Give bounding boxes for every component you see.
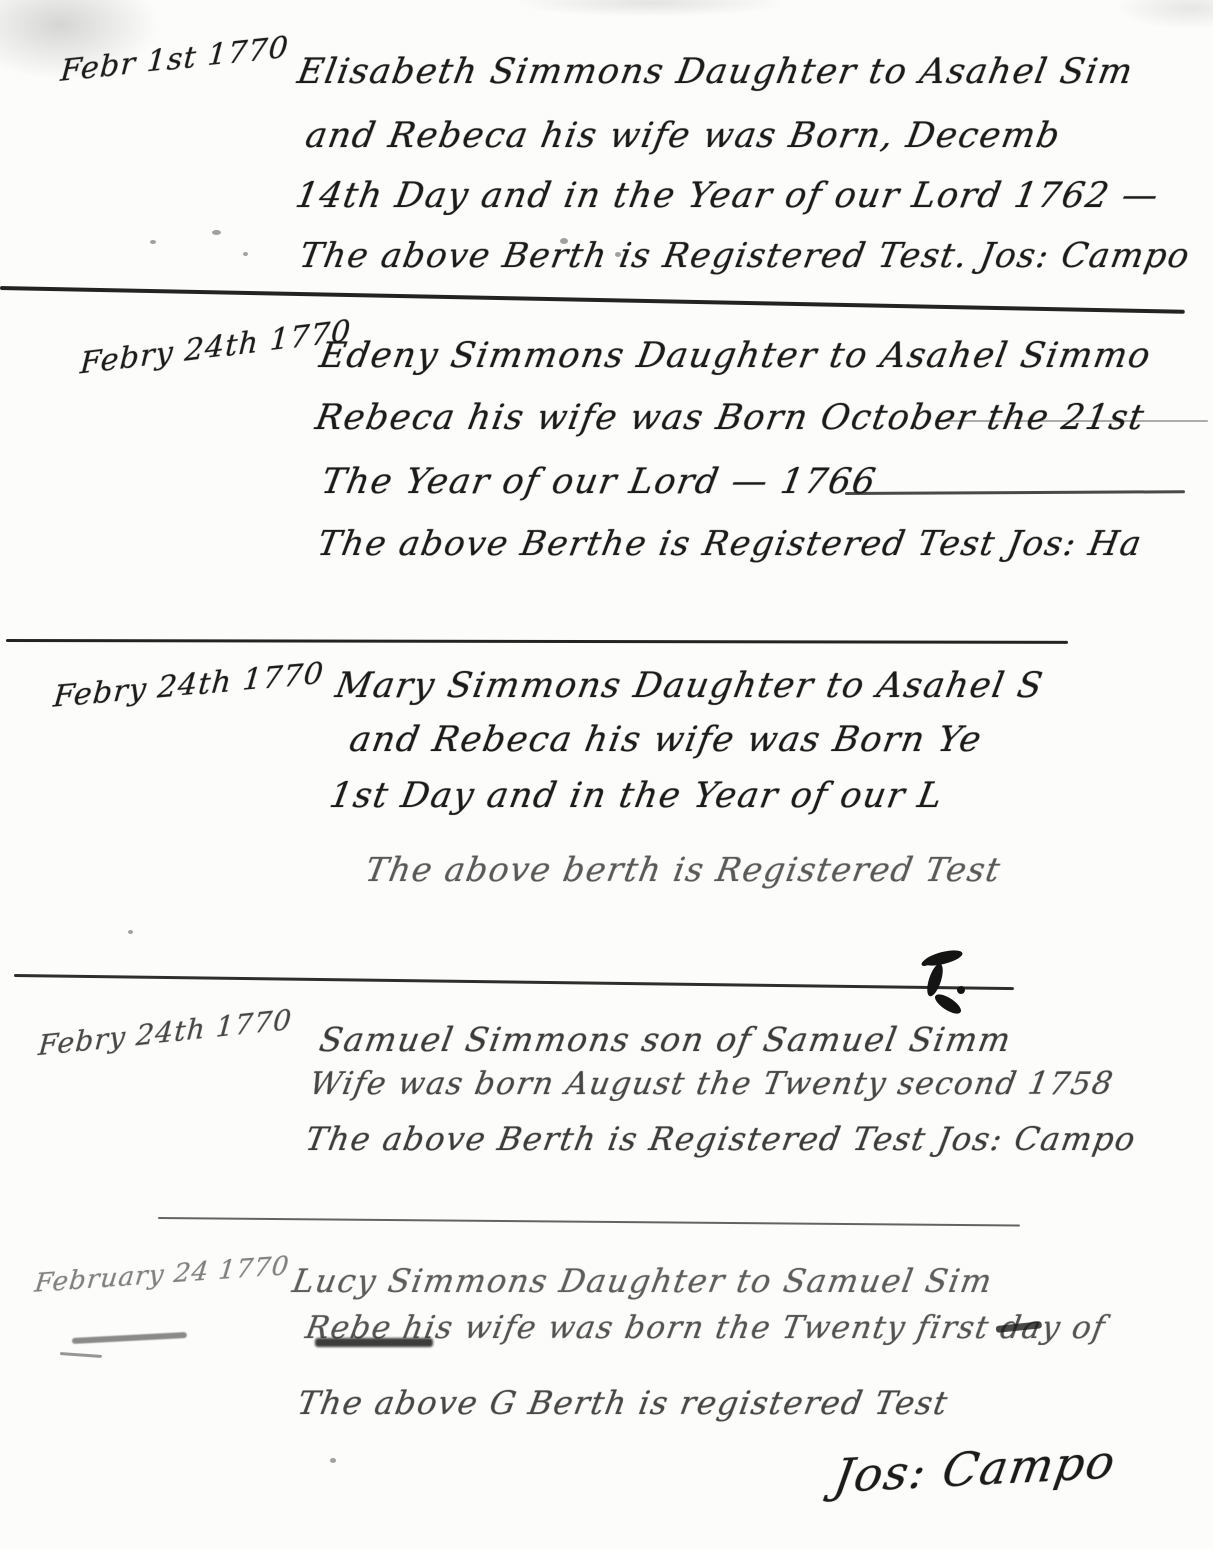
entry-line: Wife was born August the Twenty second 1… [307,1066,1117,1102]
entry-line: and Rebeca his wife was Born, Decemb [302,116,1063,156]
paper-stain [520,0,780,16]
entry-line: Elisabeth Simmons Daughter to Asahel Sim [294,52,1136,92]
ink-speck [560,238,568,244]
ink-speck [243,252,248,256]
ink-speck [212,230,221,235]
entry-divider-line [6,639,1068,644]
entry-line: Mary Simmons Daughter to Asahel S [332,666,1046,706]
trailing-dash-stroke [845,490,1185,495]
entry-line: Edeny Simmons Daughter to Asahel Simmo [316,336,1154,376]
entry-line: Rebeca his wife was Born October the 21s… [312,398,1148,438]
ink-smudge [60,1352,102,1358]
entry-divider-line [14,974,1014,990]
faint-strike-line [940,420,1208,422]
entry-line: The above Berthe is Registered Test Jos:… [314,524,1145,564]
entry-line: 1st Day and in the Year of our L [326,776,946,816]
ink-smudge [72,1332,187,1344]
ink-speck [128,930,133,934]
entry-date: Febry 24th 1770 [37,1003,293,1062]
entry-line: and Rebeca his wife was Born Ye [346,720,985,760]
entry-divider-line [0,286,1185,314]
entry-line: The above G Berth is registered Test [295,1384,952,1422]
entry-date: Febr 1st 1770 [59,30,290,88]
entry-divider-line [158,1217,1020,1227]
ink-speck [330,1458,336,1463]
entry-line: The above Berth is Registered Test. Jos:… [296,236,1193,276]
registrar-signature: Jos: Campo [830,1435,1120,1503]
ink-scribble [315,1338,433,1347]
entry-date: Febry 24th 1770 [79,314,352,381]
entry-line: Lucy Simmons Daughter to Samuel Sim [290,1262,996,1300]
scanned-register-page: { "page": { "description": "Scanned page… [0,0,1213,1549]
ink-speck [615,252,621,257]
entry-line: The Year of our Lord — 1766 [318,462,879,502]
entry-date: Febry 24th 1770 [52,656,326,714]
entry-date: February 24 1770 [33,1251,291,1299]
ink-blot [905,946,977,1030]
entry-line: 14th Day and in the Year of our Lord 176… [292,176,1162,216]
ink-speck [150,240,156,244]
entry-line: Samuel Simmons son of Samuel Simm [317,1020,1015,1059]
paper-stain [1120,0,1213,28]
entry-line: The above berth is Registered Test [363,850,1005,889]
entry-line: The above Berth is Registered Test Jos: … [303,1120,1140,1158]
